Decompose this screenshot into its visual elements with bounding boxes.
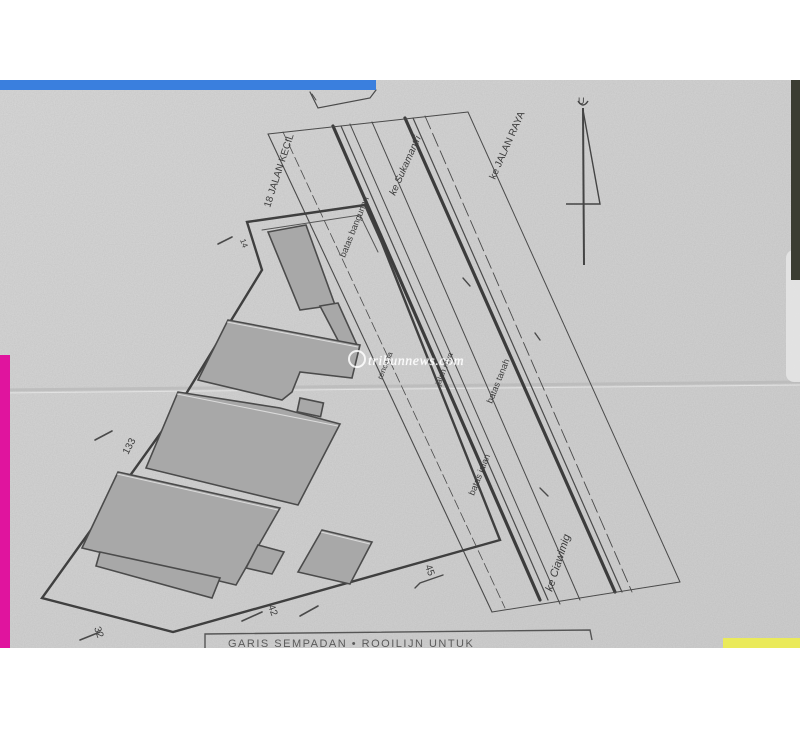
north-label: U <box>578 96 585 106</box>
watermark-text: tribunnews.com <box>368 354 464 369</box>
watermark-logo-icon <box>348 350 366 368</box>
bottom-accent-bar <box>723 638 800 648</box>
watermark: tribunnews.com <box>348 350 464 370</box>
left-accent-bar <box>0 355 10 648</box>
footer-title: GARIS SEMPADAN • ROOILIJN UNTUK <box>228 638 474 648</box>
right-accent-bar <box>791 80 800 280</box>
top-accent-bar <box>0 80 376 90</box>
